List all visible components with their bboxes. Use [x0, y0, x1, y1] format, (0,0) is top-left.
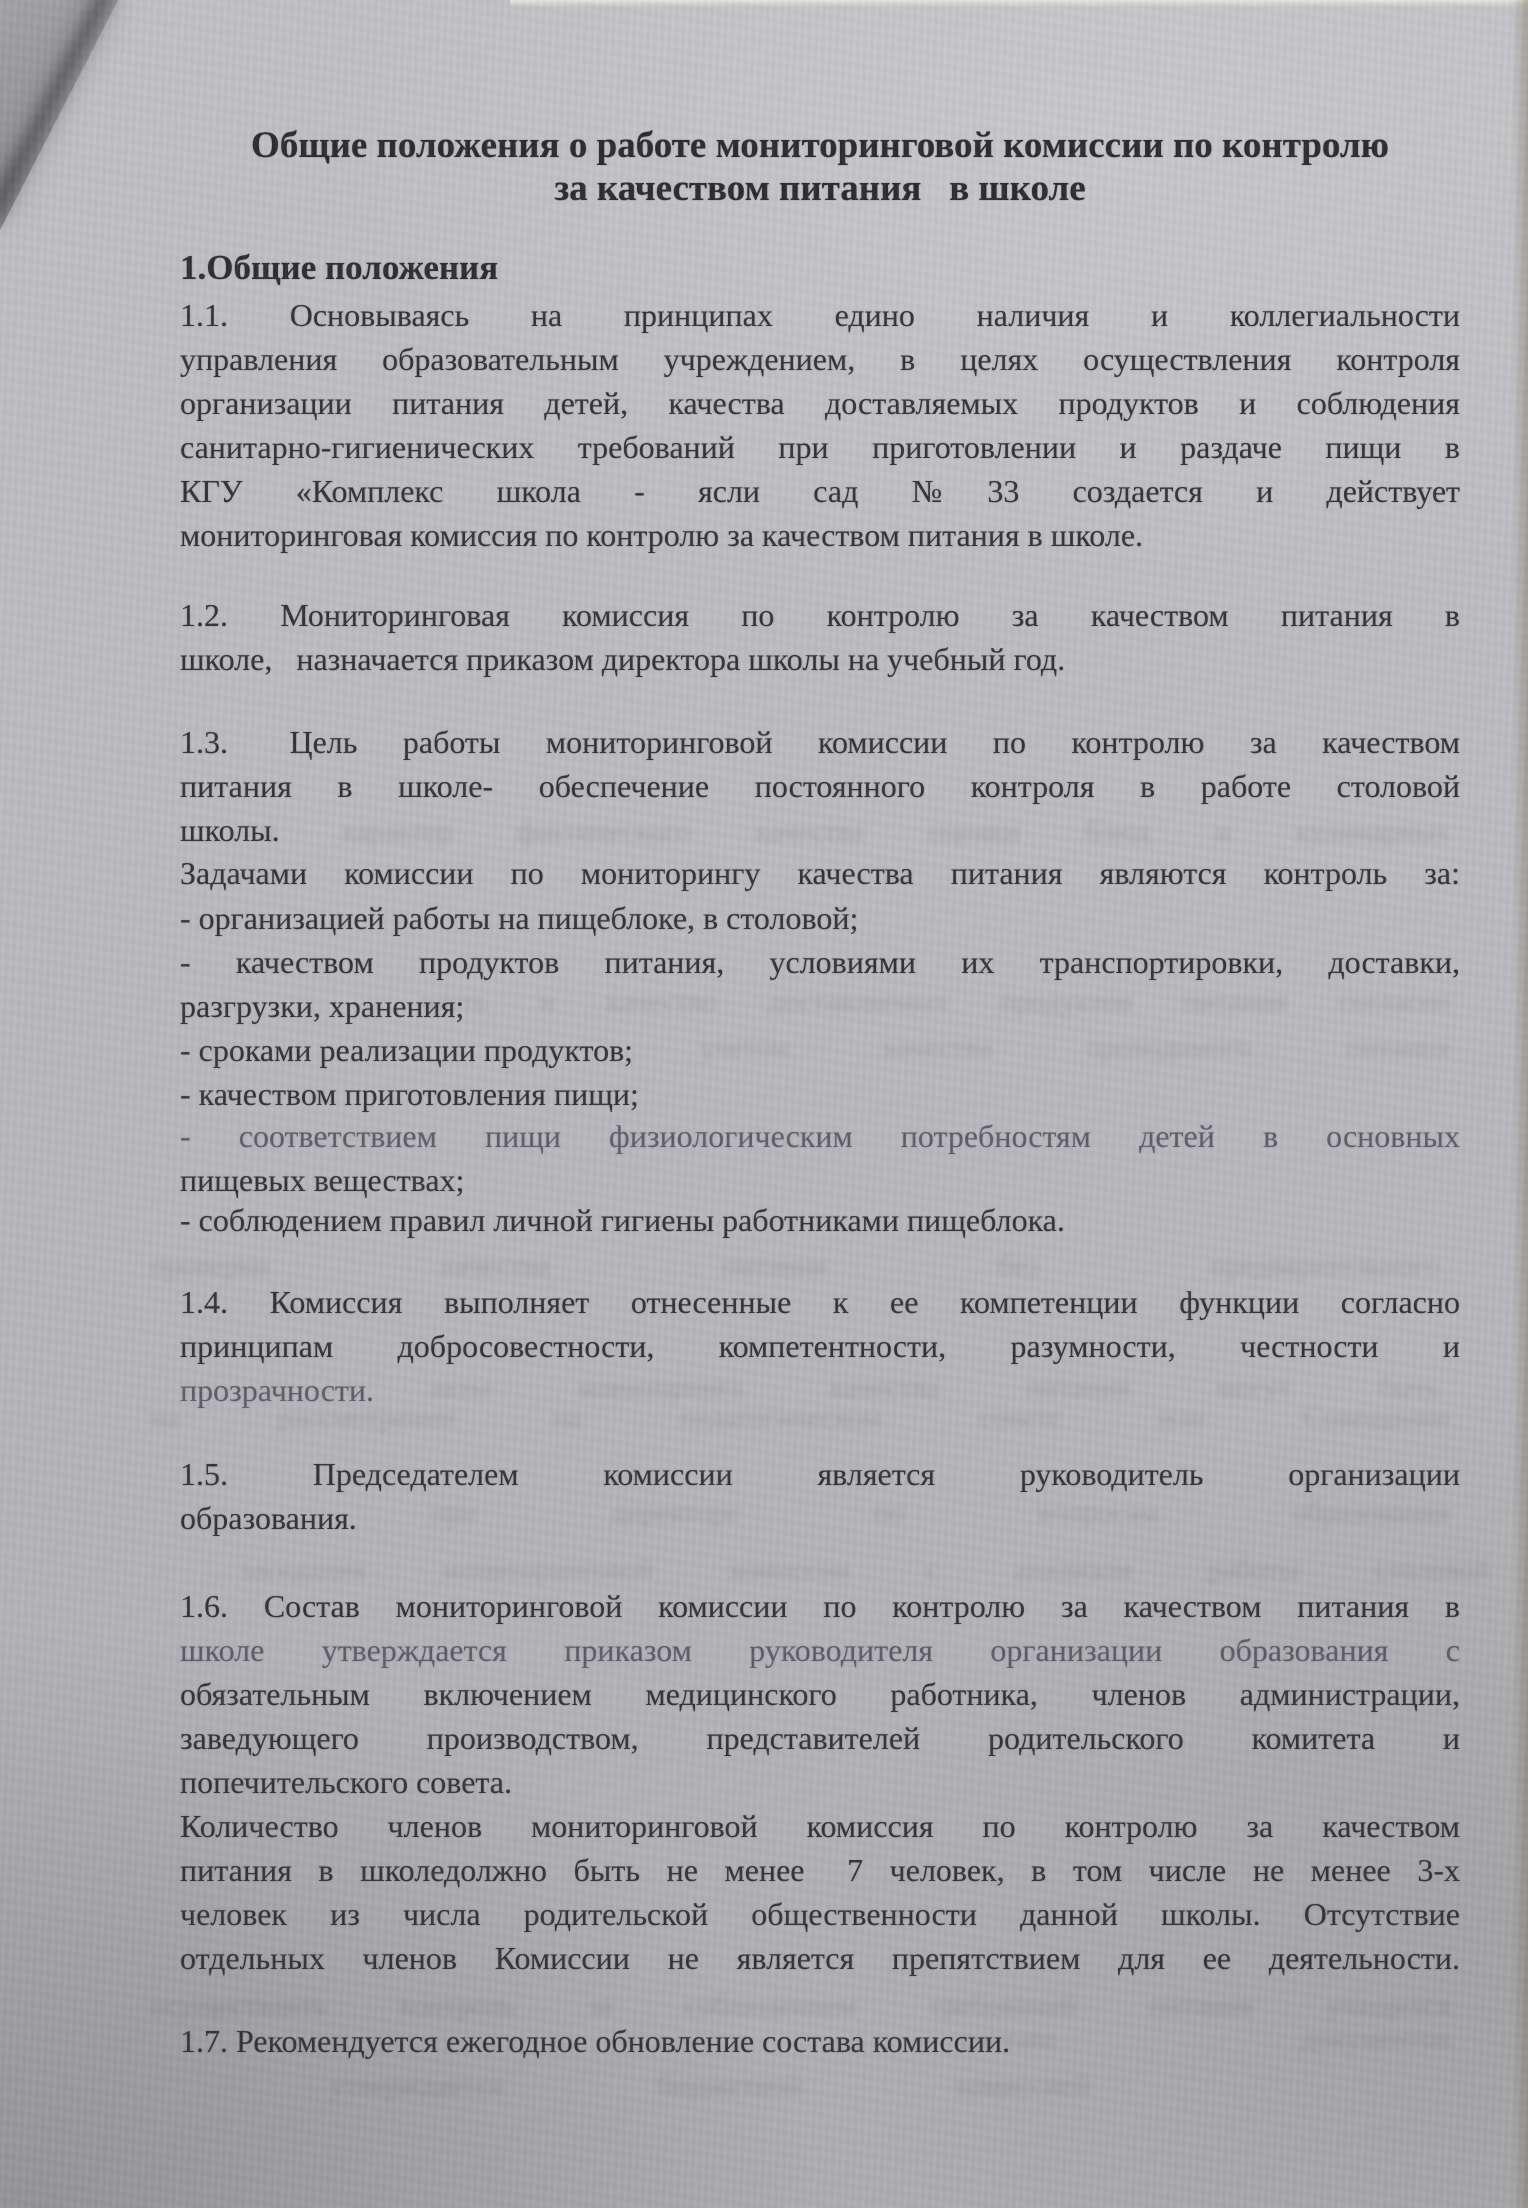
paragraph-1-6: 1.6. Состав мониторинговой комиссии по к… [180, 1584, 1460, 1804]
bullet-line: пищевых веществах; [180, 1158, 1460, 1202]
paragraph-line: 1.4. Комиссия выполняет отнесенные к ее … [180, 1280, 1460, 1324]
paragraph-line: принципам добросовестности, компетентнос… [180, 1324, 1460, 1368]
paragraph-line: 1.2. Мониторинговая комиссия по контролю… [180, 593, 1460, 637]
paragraph-line: попечительского совета. [180, 1760, 1460, 1804]
paragraph-1-2: 1.2. Мониторинговая комиссия по контролю… [180, 593, 1460, 681]
paragraph-line: прозрачности. [180, 1368, 1460, 1412]
paragraph-line: 1.1. Основываясь на принципах едино нали… [180, 293, 1460, 337]
bullet-line: - организацией работы на пищеблоке, в ст… [180, 896, 1460, 940]
document-title: Общие положения о работе мониторинговой … [180, 124, 1460, 210]
paragraph-line: КГУ «Комплекс школа - ясли сад №33 созда… [180, 469, 1460, 513]
bullet-item-2: - качеством продуктов питания, условиями… [180, 940, 1460, 1028]
title-line-1: Общие положения о работе мониторинговой … [180, 124, 1460, 167]
paragraph-line: образования. [180, 1496, 1460, 1540]
paragraph-line: школы. [180, 808, 1460, 852]
paragraph-line: питания в школе- обеспечение постоянного… [180, 764, 1460, 808]
bullet-item-4: - качеством приготовления пищи; [180, 1072, 1460, 1116]
bullet-item-6: - соблюдением правил личной гигиены рабо… [180, 1198, 1460, 1242]
paragraph-line: заведующего производством, представителе… [180, 1716, 1460, 1760]
paragraph-line: 1.5. Председателем комиссии является рук… [180, 1452, 1460, 1496]
paragraph-line: организации питания детей, качества дост… [180, 381, 1460, 425]
paragraph-1-6-count: Количество членов мониторинговой комисси… [180, 1804, 1460, 1980]
bullet-item-1: - организацией работы на пищеблоке, в ст… [180, 896, 1460, 940]
paragraph-line: санитарно-гигиенических требований при п… [180, 425, 1460, 469]
bleed-through-line: утверждается бюджетной комиссией [330, 2066, 1090, 2106]
paragraph-line: обязательным включением медицинского раб… [180, 1672, 1460, 1716]
paragraph-line: питания в школедолжно быть не менее 7 че… [180, 1848, 1460, 1892]
paper-right-edge [1512, 0, 1528, 2208]
bullet-item-5: - соответствием пищи физиологическим пот… [180, 1114, 1460, 1202]
paragraph-line: Количество членов мониторинговой комисси… [180, 1804, 1460, 1848]
paragraph-1-5: 1.5. Председателем комиссии является рук… [180, 1452, 1460, 1540]
bullet-line: - сроками реализации продуктов; [180, 1028, 1460, 1072]
paragraph-line: Задачами комиссии по мониторингу качеств… [180, 851, 1460, 895]
document-page: и характер фактического качества оценки … [0, 0, 1528, 2208]
bullet-line: - качеством приготовления пищи; [180, 1072, 1460, 1116]
paper-top-edge [510, 0, 1528, 7]
paragraph-1-1: 1.1. Основываясь на принципах едино нали… [180, 293, 1460, 557]
bullet-line: - качеством продуктов питания, условиями… [180, 940, 1460, 984]
bullet-line: - соответствием пищи физиологическим пот… [180, 1114, 1460, 1158]
tasks-intro: Задачами комиссии по мониторингу качеств… [180, 851, 1460, 895]
paragraph-line: 1.3. Цель работы мониторинговой комиссии… [180, 720, 1460, 764]
bullet-item-3: - сроками реализации продуктов; [180, 1028, 1460, 1072]
paragraph-1-3: 1.3. Цель работы мониторинговой комиссии… [180, 720, 1460, 852]
section-heading: 1.Общие положения [180, 246, 1460, 290]
paragraph-line: школе утверждается приказом руководителя… [180, 1628, 1460, 1672]
paragraph-line: мониторинговая комиссия по контролю за к… [180, 513, 1460, 557]
paragraph-line: 1.6. Состав мониторинговой комиссии по к… [180, 1584, 1460, 1628]
paragraph-line: школе, назначается приказом директора шк… [180, 637, 1460, 681]
bullet-line: разгрузки, хранения; [180, 984, 1460, 1028]
paragraph-1-7: 1.7. Рекомендуется ежегодное обновление … [180, 2019, 1460, 2063]
paragraph-1-4: 1.4. Комиссия выполняет отнесенные к ее … [180, 1280, 1460, 1412]
bullet-line: - соблюдением правил личной гигиены рабо… [180, 1198, 1460, 1242]
paragraph-line: 1.7. Рекомендуется ежегодное обновление … [180, 2019, 1460, 2063]
title-line-2: за качеством питания в школе [180, 167, 1460, 210]
paragraph-line: отдельных членов Комиссии не является пр… [180, 1936, 1460, 1980]
paragraph-line: управления образовательным учреждением, … [180, 337, 1460, 381]
paragraph-line: человек из числа родительской общественн… [180, 1892, 1460, 1936]
